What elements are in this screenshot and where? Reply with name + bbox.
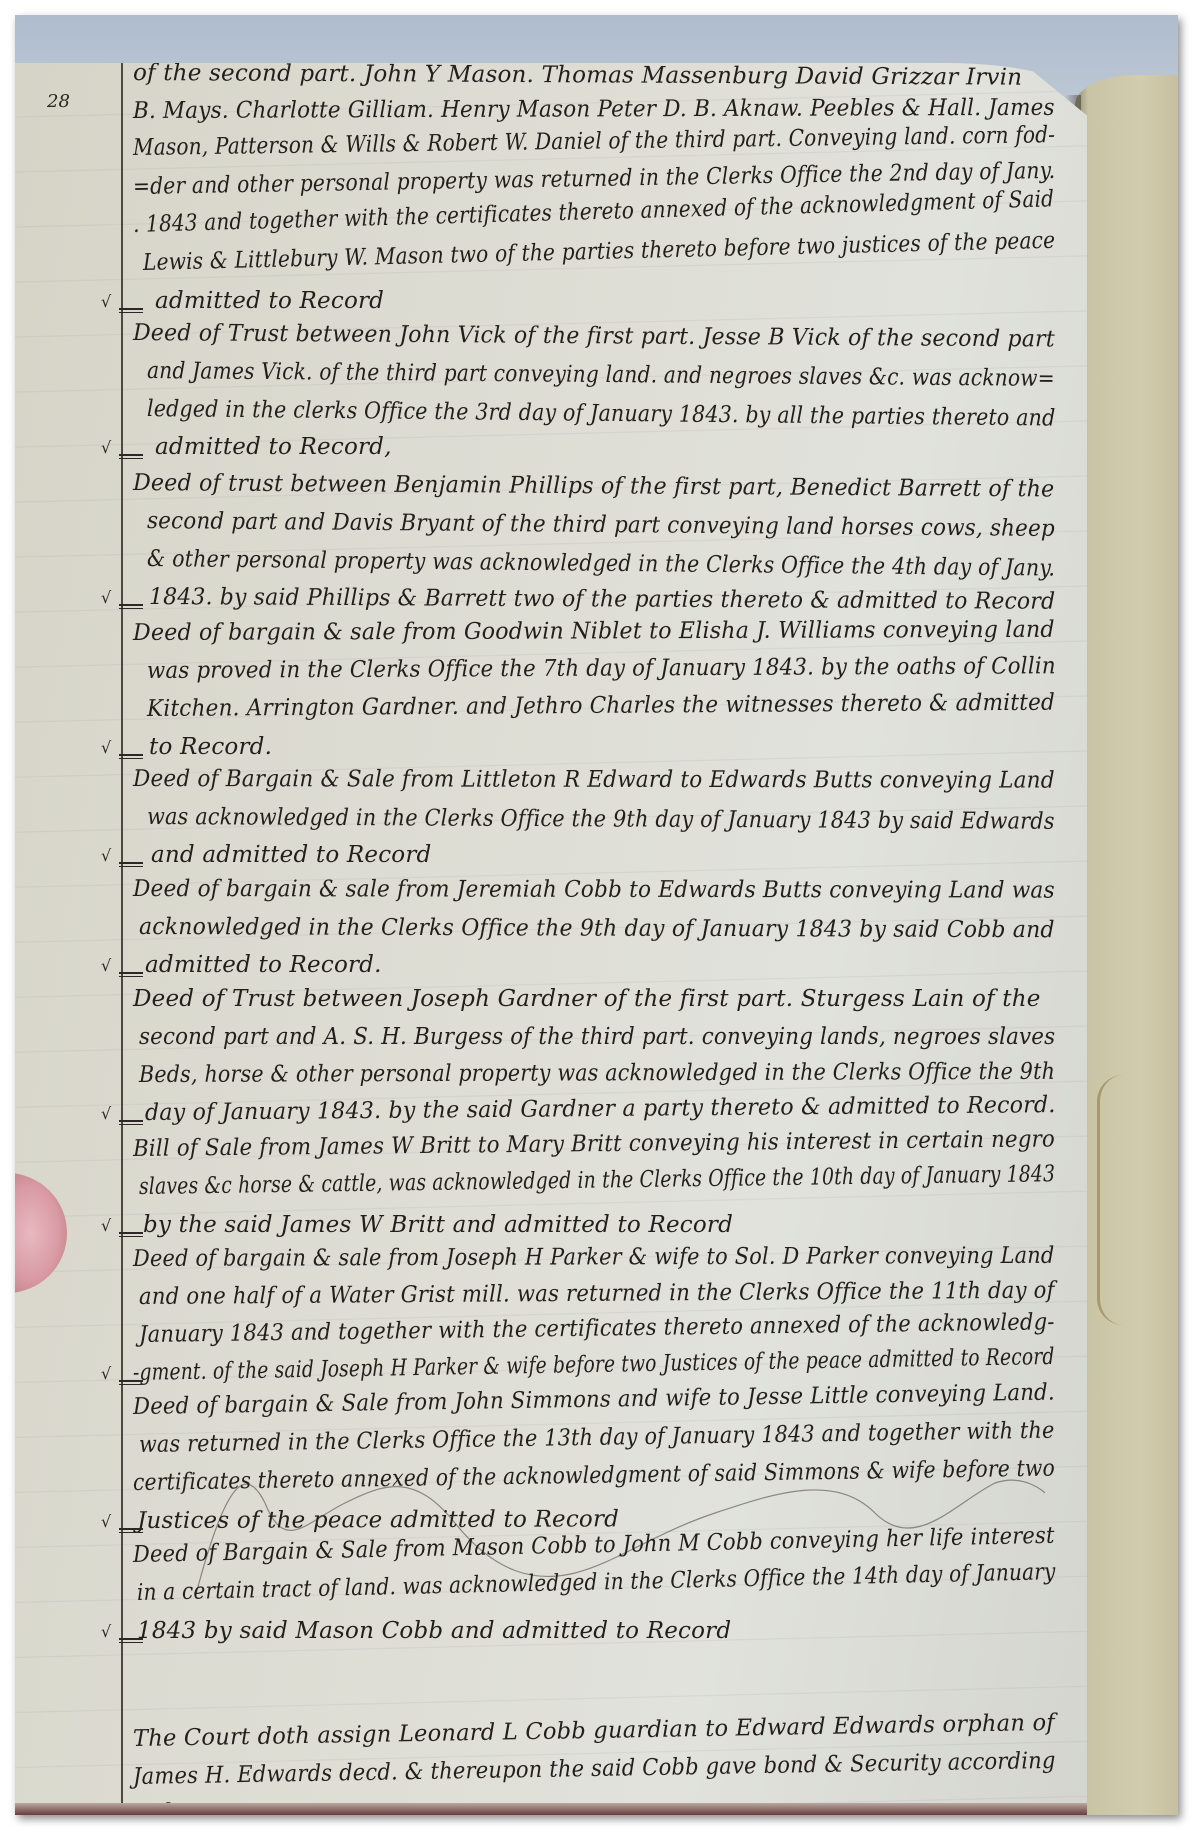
entry-separator-mark: [119, 1120, 143, 1125]
ledger-line: admitted to Record,: [155, 434, 392, 460]
ledger-photo: 28 of the second part. John Y Mason. Tho…: [15, 15, 1178, 1815]
ledger-line: January 1843 and together with the certi…: [139, 1309, 1055, 1348]
entry-separator-mark: [119, 308, 143, 313]
ledger-line: was acknowledged in the Clerks Office th…: [147, 804, 1055, 835]
entry-separator-mark: [119, 1380, 143, 1385]
ledger-line: Lewis & Littlebury W. Mason two of the p…: [143, 228, 1056, 276]
entry-separator-mark: [119, 1232, 143, 1237]
ledger-line: Deed of bargain & Sale from John Simmons…: [133, 1380, 1055, 1420]
binding-string: [1097, 1075, 1150, 1325]
entry-separator-mark: [119, 1528, 143, 1533]
ledger-line: and one half of a Water Grist mill. was …: [139, 1278, 1055, 1310]
ledger-line: and admitted to Record: [151, 842, 431, 868]
margin-checkmark-icon: √: [101, 1216, 111, 1235]
entry-separator-mark: [119, 862, 143, 867]
ledger-line: by the said James W Britt and admitted t…: [143, 1212, 733, 1238]
ledger-line: B. Mays. Charlotte Gilliam. Henry Mason …: [133, 95, 1055, 124]
ledger-line: Deed of trust between Benjamin Phillips …: [133, 470, 1055, 502]
ledger-line: Justices of the peace admitted to Record: [137, 1506, 619, 1534]
ledger-line: ledged in the clerks Office the 3rd day …: [147, 396, 1056, 432]
entry-separator-mark: [119, 972, 143, 977]
ledger-line: certificates thereto annexed of the ackn…: [133, 1456, 1055, 1496]
margin-checkmark-icon: √: [101, 1364, 111, 1383]
ledger-line: 1843 by said Mason Cobb and admitted to …: [137, 1618, 731, 1644]
ledger-page: 28 of the second part. John Y Mason. Tho…: [15, 63, 1087, 1815]
ledger-line: -gment. of the said Joseph H Parker & wi…: [133, 1344, 1055, 1386]
ledger-line: Mason, Patterson & Wills & Robert W. Dan…: [133, 122, 1056, 161]
ledger-line: in a certain tract of land. was acknowle…: [137, 1559, 1056, 1606]
ledger-line: second part and Davis Bryant of the thir…: [147, 508, 1055, 542]
entry-separator-mark: [119, 754, 143, 759]
ledger-line: second part and A. S. H. Burgess of the …: [139, 1024, 1055, 1050]
ledger-line: Deed of Trust between Joseph Gardner of …: [133, 986, 1041, 1012]
ledger-entries: of the second part. John Y Mason. Thomas…: [15, 63, 1087, 1815]
entry-separator-mark: [119, 454, 143, 459]
ledger-line: Beds, horse & other personal property wa…: [139, 1059, 1055, 1088]
ledger-line: slaves &c horse & cattle, was acknowledg…: [139, 1161, 1056, 1200]
ledger-line: Deed of bargain & sale from Goodwin Nibl…: [133, 617, 1055, 646]
margin-checkmark-icon: √: [101, 738, 111, 757]
ledger-line: was proved in the Clerks Office the 7th …: [147, 653, 1056, 684]
margin-checkmark-icon: √: [101, 1104, 111, 1123]
entry-separator-mark: [119, 1638, 143, 1643]
margin-checkmark-icon: √: [101, 846, 111, 865]
ledger-line: to Record.: [149, 734, 272, 760]
ledger-line: Bill of Sale from James W Britt to Mary …: [133, 1126, 1055, 1162]
ledger-line: day of January 1843. by the said Gardner…: [145, 1092, 1056, 1126]
margin-checkmark-icon: √: [101, 1622, 111, 1641]
ledger-line: admitted to Record.: [145, 952, 382, 978]
margin-checkmark-icon: √: [101, 588, 111, 607]
ledger-line: acknowledged in the Clerks Office the 9t…: [139, 914, 1055, 943]
ledger-line: & other personal property was acknowledg…: [147, 546, 1055, 582]
margin-checkmark-icon: √: [101, 292, 111, 311]
ledger-line: Deed of Bargain & Sale from Littleton R …: [133, 766, 1055, 794]
ledger-line: Kitchen. Arrington Gardner. and Jethro C…: [147, 690, 1055, 722]
facing-page: [1075, 75, 1178, 1815]
entry-separator-mark: [119, 604, 143, 609]
page-bottom-edge: [15, 1803, 1087, 1815]
ledger-line: admitted to Record: [155, 288, 384, 314]
ledger-line: The Court doth assign Leonard L Cobb gua…: [133, 1710, 1055, 1752]
ledger-line: 1843. by said Phillips & Barrett two of …: [149, 584, 1055, 615]
ledger-line: was returned in the Clerks Office the 13…: [139, 1418, 1055, 1458]
margin-checkmark-icon: √: [101, 438, 111, 457]
ledger-line: James H. Edwards decd. & thereupon the s…: [133, 1748, 1056, 1790]
margin-checkmark-icon: √: [101, 1512, 111, 1531]
ledger-line: Deed of bargain & sale from Joseph H Par…: [133, 1243, 1055, 1272]
ledger-line: of the second part. John Y Mason. Thomas…: [133, 60, 1022, 91]
ledger-line: and James Vick. of the third part convey…: [147, 358, 1055, 392]
ledger-line: Deed of bargain & sale from Jeremiah Cob…: [133, 876, 1055, 904]
margin-checkmark-icon: √: [101, 956, 111, 975]
ledger-line: Deed of Trust between John Vick of the f…: [133, 320, 1055, 352]
